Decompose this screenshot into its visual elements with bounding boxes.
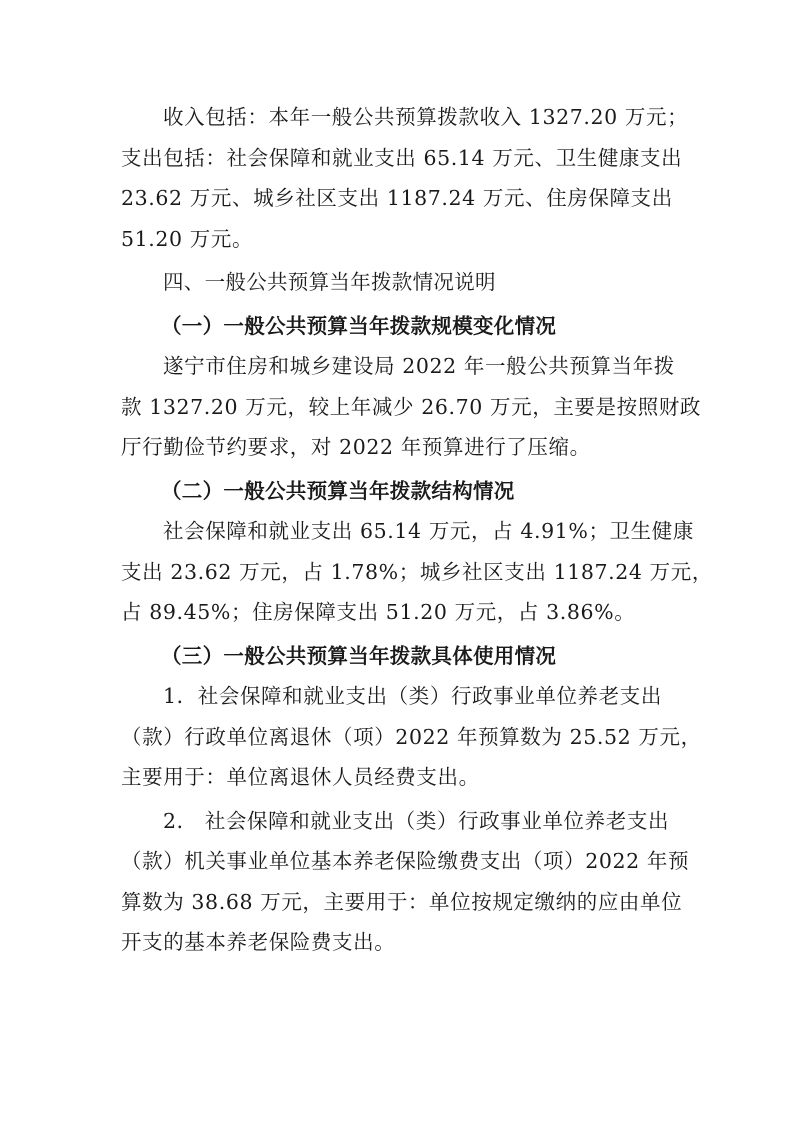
usage-item-2: 2． 社会保障和就业支出（类）行政事业单位养老支出 （款）机关事业单位基本养老保…	[121, 801, 677, 963]
paragraph-line: 款 1327.20 万元，较上年减少 26.70 万元，主要是按照财政	[121, 387, 677, 428]
paragraph-line: 1．社会保障和就业支出（类）行政事业单位养老支出	[121, 676, 677, 717]
paragraph-line: 51.20 万元。	[121, 219, 677, 260]
paragraph-line: 遂宁市住房和城乡建设局 2022 年一般公共预算当年拨	[121, 346, 677, 387]
scale-paragraph: 遂宁市住房和城乡建设局 2022 年一般公共预算当年拨 款 1327.20 万元…	[121, 346, 677, 468]
paragraph-line: 支出包括：社会保障和就业支出 65.14 万元、卫生健康支出	[121, 138, 677, 179]
paragraph-line: 占 89.45%；住房保障支出 51.20 万元，占 3.86%。	[121, 592, 677, 633]
paragraph-line: 支出 23.62 万元，占 1.78%；城乡社区支出 1187.24 万元，	[121, 552, 677, 593]
paragraph-line: （款）机关事业单位基本养老保险缴费支出（项）2022 年预	[121, 841, 677, 882]
usage-item-1: 1．社会保障和就业支出（类）行政事业单位养老支出 （款）行政单位离退休（项）20…	[121, 676, 677, 798]
paragraph-line: 主要用于：单位离退休人员经费支出。	[121, 757, 677, 798]
paragraph-line: 算数为 38.68 万元，主要用于：单位按规定缴纳的应由单位	[121, 882, 677, 923]
paragraph-line: 2． 社会保障和就业支出（类）行政事业单位养老支出	[121, 801, 677, 842]
paragraph-line: 厅行勤俭节约要求，对 2022 年预算进行了压缩。	[121, 427, 677, 468]
document-page: 收入包括：本年一般公共预算拨款收入 1327.20 万元； 支出包括：社会保障和…	[121, 97, 677, 963]
paragraph-line: 收入包括：本年一般公共预算拨款收入 1327.20 万元；	[121, 97, 677, 138]
subsection-heading-scale: （一）一般公共预算当年拨款规模变化情况	[121, 306, 677, 347]
subsection-heading-structure: （二）一般公共预算当年拨款结构情况	[121, 471, 677, 512]
section-heading: 四、一般公共预算当年拨款情况说明	[121, 262, 677, 303]
paragraph-line: 开支的基本养老保险费支出。	[121, 922, 677, 963]
subsection-heading-usage: （三）一般公共预算当年拨款具体使用情况	[121, 636, 677, 677]
paragraph-line: 社会保障和就业支出 65.14 万元，占 4.91%；卫生健康	[121, 511, 677, 552]
income-expense-paragraph: 收入包括：本年一般公共预算拨款收入 1327.20 万元； 支出包括：社会保障和…	[121, 97, 677, 259]
structure-paragraph: 社会保障和就业支出 65.14 万元，占 4.91%；卫生健康 支出 23.62…	[121, 511, 677, 633]
paragraph-line: （款）行政单位离退休（项）2022 年预算数为 25.52 万元，	[121, 717, 677, 758]
paragraph-line: 23.62 万元、城乡社区支出 1187.24 万元、住房保障支出	[121, 178, 677, 219]
